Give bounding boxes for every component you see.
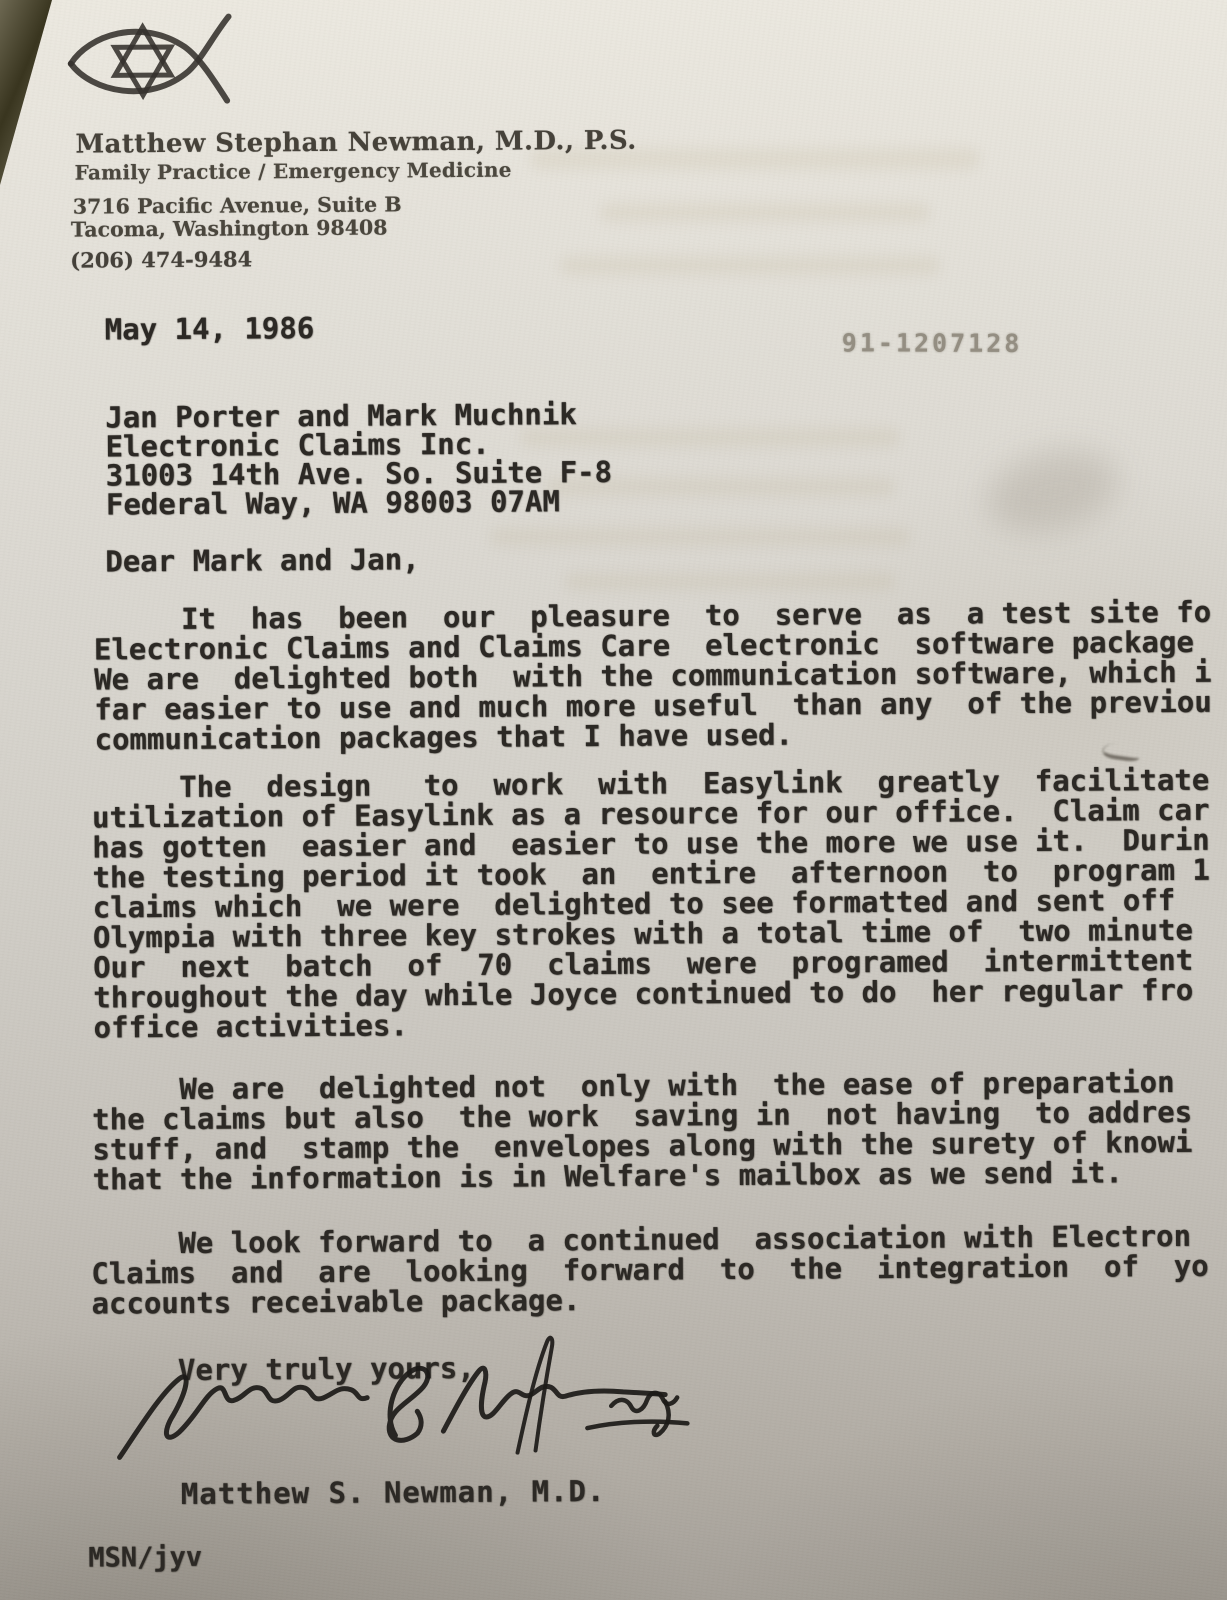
paragraph-3: We are delighted not only with the ease … bbox=[92, 1067, 1193, 1195]
letter-line: Federal Way, WA 98003 07AM bbox=[106, 487, 613, 520]
letter-page: Matthew Stephan Newman, M.D., P.S. Famil… bbox=[0, 0, 1227, 1600]
letter-photo: Matthew Stephan Newman, M.D., P.S. Famil… bbox=[0, 0, 1227, 1600]
typed-name: Matthew S. Newman, M.D. bbox=[181, 1476, 606, 1509]
clinic-address-line2: Tacoma, Washington 98408 bbox=[71, 215, 388, 241]
paragraph-4: We look forward to a continued associati… bbox=[91, 1221, 1209, 1319]
clinic-specialty: Family Practice / Emergency Medicine bbox=[75, 158, 512, 185]
clinic-name: Matthew Stephan Newman, M.D., P.S. bbox=[75, 126, 636, 160]
letter-line: Claims and are looking forward to the in… bbox=[91, 1251, 1209, 1289]
clinic-phone: (206) 474-9484 bbox=[70, 246, 252, 272]
signature bbox=[99, 1329, 700, 1483]
letter-line: throughout the day while Joyce continued… bbox=[93, 975, 1211, 1013]
typist-initials: MSN/jyv bbox=[88, 1543, 202, 1574]
reference-stamp: 91-1207128 bbox=[842, 328, 1023, 358]
paragraph-1: It has been our pleasure to serve as a t… bbox=[94, 597, 1212, 755]
ichthys-star-logo bbox=[60, 8, 246, 113]
salutation: Dear Mark and Jan, bbox=[105, 544, 419, 576]
letter-line: communication packages that I have used. bbox=[94, 717, 1212, 755]
recipient-block: Jan Porter and Mark MuchnikElectronic Cl… bbox=[105, 400, 612, 520]
paragraph-2: The design to work with Easylink greatly… bbox=[92, 765, 1211, 1043]
letter-date: May 14, 1986 bbox=[105, 313, 315, 344]
letter-line: that the information is in Welfare's mai… bbox=[93, 1157, 1193, 1195]
